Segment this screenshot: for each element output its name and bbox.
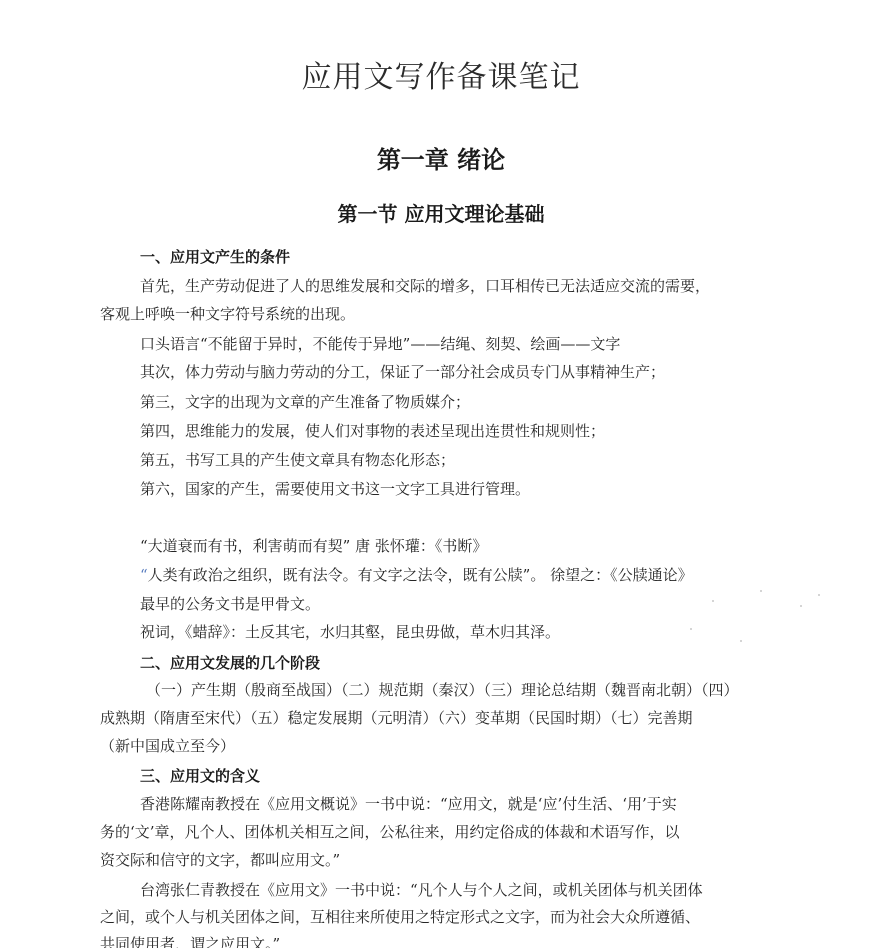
paragraph-line: 共同使用者，谓之应用文。”	[100, 934, 280, 948]
scan-speck	[818, 594, 820, 596]
paragraph-line: 香港陈耀南教授在《应用文概说》一书中说：“应用文，就是‘应’付生活、‘用’于实	[140, 794, 677, 814]
scan-speck	[690, 628, 692, 630]
paragraph-line: 客观上呼唤一种文字符号系统的出现。	[100, 304, 355, 324]
paragraph-line: 成熟期（隋唐至宋代）（五）稳定发展期（元明清）（六）变革期（民国时期）（七）完善…	[100, 708, 693, 728]
quote-line: “大道衰而有书，利害萌而有契” 唐 张怀瓘：《书断》	[140, 536, 487, 556]
part2-heading: 二、应用文发展的几个阶段	[140, 652, 320, 673]
scan-speck	[760, 590, 762, 592]
paragraph-line: 第五，书写工具的产生使文章具有物态化形态；	[140, 450, 455, 470]
document-title: 应用文写作备课笔记	[0, 52, 882, 96]
paragraph-line: 务的‘文’章，凡个人、团体机关相互之间，公私往来，用约定俗成的体裁和术语写作，以	[100, 822, 680, 842]
scan-speck	[800, 605, 802, 607]
document-page: 应用文写作备课笔记 第一章 绪论 第一节 应用文理论基础 一、应用文产生的条件 …	[0, 0, 882, 948]
paragraph-line: 资交际和信守的文字，都叫应用文。”	[100, 850, 340, 870]
chapter-heading: 第一章 绪论	[0, 140, 882, 175]
paragraph-line: 其次，体力劳动与脑力劳动的分工，保证了一部分社会成员专门从事精神生产；	[140, 362, 665, 382]
paragraph-line: （一）产生期（殷商至战国）（二）规范期（秦汉）（三）理论总结期（魏晋南北朝）（四…	[146, 680, 739, 700]
scan-speck	[740, 640, 742, 642]
paragraph-line: 之间，或个人与机关团体之间，互相往来所使用之特定形式之文字，而为社会大众所遵循、	[100, 907, 700, 927]
paragraph-line: 祝词，《蜡辞》：土反其宅，水归其壑，昆虫毋做，草木归其泽。	[140, 622, 560, 642]
paragraph-line: 口头语言“不能留于异时，不能传于异地”——结绳、刻契、绘画——文字	[140, 334, 620, 354]
paragraph-line: 最早的公务文书是甲骨文。	[140, 594, 320, 614]
quote-line: “人类有政治之组织，既有法令。有文字之法令，既有公牍”。 徐望之：《公牍通论》	[140, 565, 693, 585]
scan-speck	[712, 600, 714, 602]
paragraph-line: 第三，文字的出现为文章的产生准备了物质媒介；	[140, 392, 470, 412]
section-heading: 第一节 应用文理论基础	[0, 198, 882, 227]
paragraph-line: （新中国成立至今）	[100, 736, 235, 756]
quote-open-mark: “	[140, 566, 148, 584]
paragraph-line: 台湾张仁青教授在《应用文》一书中说：“凡个人与个人之间，或机关团体与机关团体	[140, 880, 703, 900]
part1-heading: 一、应用文产生的条件	[140, 246, 290, 267]
part3-heading: 三、应用文的含义	[140, 765, 260, 786]
paragraph-line: 第六，国家的产生，需要使用文书这一文字工具进行管理。	[140, 479, 530, 499]
paragraph-line: 首先，生产劳动促进了人的思维发展和交际的增多，口耳相传已无法适应交流的需要，	[140, 276, 710, 296]
paragraph-line: 第四，思维能力的发展，使人们对事物的表述呈现出连贯性和规则性；	[140, 421, 605, 441]
quote-text: 人类有政治之组织，既有法令。有文字之法令，既有公牍”。 徐望之：《公牍通论》	[148, 566, 693, 584]
